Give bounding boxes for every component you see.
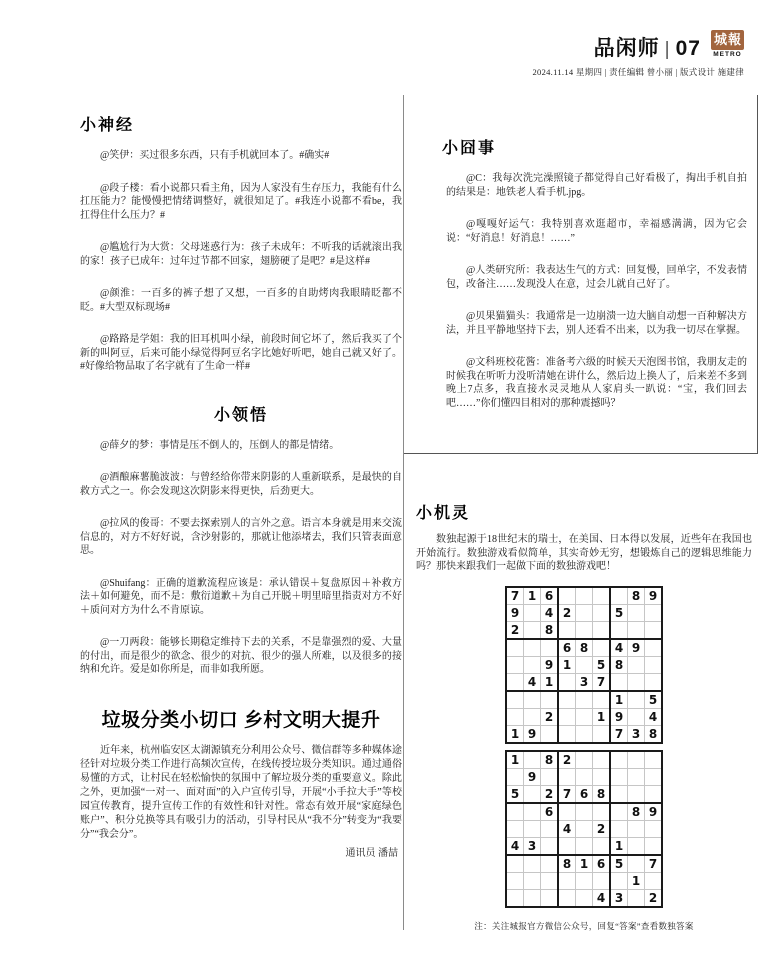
sudoku-cell bbox=[645, 604, 663, 621]
article-title: 垃圾分类小切口 乡村文明大提升 bbox=[80, 705, 402, 732]
sudoku-cell bbox=[645, 837, 663, 855]
sudoku-cell bbox=[506, 768, 524, 785]
sudoku-cell bbox=[506, 708, 524, 725]
sudoku-cell bbox=[628, 621, 645, 639]
sudoku-cell bbox=[576, 621, 593, 639]
sudoku-cell bbox=[558, 872, 576, 889]
sudoku-cell: 2 bbox=[558, 604, 576, 621]
sudoku-cell bbox=[506, 656, 524, 673]
right-top-section: 小囧事 @C：我每次洗完澡照镜子都觉得自己好看极了，掏出手机自拍的结果是：地铁老… bbox=[404, 95, 758, 454]
section-name: 品闲师 bbox=[594, 37, 660, 60]
sudoku-cell bbox=[558, 691, 576, 709]
sudoku-cell: 8 bbox=[610, 656, 628, 673]
masthead-title: 品闲师|07 bbox=[594, 30, 701, 62]
sudoku-cell bbox=[628, 751, 645, 769]
sudoku-cell bbox=[576, 872, 593, 889]
sudoku-cell: 4 bbox=[541, 604, 559, 621]
logo-char-1: 城 bbox=[714, 32, 727, 48]
sudoku-cell bbox=[506, 872, 524, 889]
sudoku-cell bbox=[506, 673, 524, 691]
sudoku-cell: 3 bbox=[524, 837, 541, 855]
sudoku-cell: 9 bbox=[506, 604, 524, 621]
sudoku-cell: 4 bbox=[610, 639, 628, 657]
post-item: @C：我每次洗完澡照镜子都觉得自己好看极了，掏出手机自拍的结果是：地铁老人看手机… bbox=[446, 172, 747, 199]
sudoku-cell bbox=[610, 587, 628, 605]
sudoku-cell: 4 bbox=[558, 820, 576, 837]
sudoku-cell bbox=[593, 751, 611, 769]
sudoku-cell: 9 bbox=[610, 708, 628, 725]
sudoku-cell bbox=[524, 872, 541, 889]
sudoku-cell: 1 bbox=[610, 837, 628, 855]
sudoku-cell bbox=[524, 855, 541, 873]
sudoku-cell bbox=[524, 820, 541, 837]
page-number: 07 bbox=[676, 37, 701, 60]
sudoku-cell: 9 bbox=[645, 587, 663, 605]
sudoku-cell: 2 bbox=[541, 708, 559, 725]
sudoku-cell bbox=[593, 604, 611, 621]
sudoku-cell: 2 bbox=[593, 820, 611, 837]
sudoku-cell: 1 bbox=[628, 872, 645, 889]
sudoku-cell bbox=[610, 751, 628, 769]
sudoku-cell bbox=[576, 837, 593, 855]
sudoku-cell: 8 bbox=[628, 587, 645, 605]
sudoku-cell: 3 bbox=[610, 889, 628, 907]
sudoku-cell bbox=[628, 656, 645, 673]
sudoku-cell bbox=[593, 837, 611, 855]
sudoku-cell bbox=[645, 751, 663, 769]
sudoku-cell: 9 bbox=[541, 656, 559, 673]
sudoku-cell bbox=[610, 768, 628, 785]
article-body: 近年来，杭州临安区太湖源镇充分利用公众号、微信群等多种媒体途径针对垃圾分类工作进… bbox=[80, 744, 402, 842]
sudoku-cell: 9 bbox=[645, 803, 663, 821]
sudoku-cell bbox=[628, 768, 645, 785]
sudoku-cell bbox=[628, 673, 645, 691]
right-bottom-section: 小机灵 数独起源于18世纪末的瑞士，在美国、日本得以发展，近些年在我国也开始流行… bbox=[404, 500, 758, 932]
post-item: @贝果猫猫头：我通常是一边崩溃一边大脑自动想一百种解决方法，并且平静地坚持下去，… bbox=[446, 310, 747, 337]
sudoku-cell bbox=[576, 725, 593, 743]
sudoku-cell bbox=[506, 639, 524, 657]
sudoku-cell bbox=[541, 889, 559, 907]
sudoku-cell bbox=[645, 768, 663, 785]
post-item: @Shuifang：正确的道歉流程应该是：承认错误＋复盘原因＋补救方法＋如何避免… bbox=[80, 577, 402, 618]
sudoku-cell bbox=[558, 889, 576, 907]
post-item: @路路是学姐：我的旧耳机叫小绿，前段时间它坏了，然后我买了个新的叫阿豆，后来可能… bbox=[80, 333, 402, 374]
sudoku-cell bbox=[541, 855, 559, 873]
sudoku-cell bbox=[645, 639, 663, 657]
sudoku-cell bbox=[593, 587, 611, 605]
post-item: @颜淮：一百多的裤子想了又想，一百多的自助烤肉我眼睛眨都不眨。#大型双标现场# bbox=[80, 287, 402, 314]
sudoku-cell bbox=[541, 725, 559, 743]
sudoku-cell bbox=[610, 621, 628, 639]
post-item: @拉风的俊哥：不要去探索别人的言外之意。语言本身就是用来交流信息的，对方不好好说… bbox=[80, 517, 402, 558]
sudoku-cell bbox=[558, 768, 576, 785]
sudoku-cell bbox=[541, 820, 559, 837]
sudoku-cell bbox=[576, 587, 593, 605]
post-item: @薛夕的梦：事情是压不倒人的，压倒人的都是情绪。 bbox=[80, 439, 402, 453]
sudoku-cell: 1 bbox=[506, 751, 524, 769]
sudoku-cell bbox=[610, 820, 628, 837]
sudoku-intro-text: 数独起源于18世纪末的瑞士，在美国、日本得以发展，近些年在我国也开始流行。数独游… bbox=[416, 533, 752, 574]
section-heading-xiaojiongshi: 小囧事 bbox=[442, 135, 747, 158]
post-item: @段子楼：看小说都只看主角，因为人家没有生存压力，我能有什么扛压能力？能慢慢把情… bbox=[80, 182, 402, 223]
sudoku-cell bbox=[558, 673, 576, 691]
sudoku-cell bbox=[610, 803, 628, 821]
sudoku-cell bbox=[593, 621, 611, 639]
sudoku-cell: 2 bbox=[506, 621, 524, 639]
sudoku-cell: 7 bbox=[610, 725, 628, 743]
sudoku-cell bbox=[645, 673, 663, 691]
sudoku-cell bbox=[558, 837, 576, 855]
sudoku-cell bbox=[645, 621, 663, 639]
sudoku-cell bbox=[541, 639, 559, 657]
sudoku-cell bbox=[576, 889, 593, 907]
sudoku-cell: 8 bbox=[628, 803, 645, 821]
sudoku-cell: 7 bbox=[506, 587, 524, 605]
post-item: @尴尬行为大赏：父母迷惑行为：孩子未成年：不听我的话就滚出我的家！孩子已成年：过… bbox=[80, 241, 402, 268]
sudoku-cell: 9 bbox=[628, 639, 645, 657]
sudoku-cell bbox=[558, 725, 576, 743]
sudoku-cell bbox=[593, 803, 611, 821]
sudoku-grid-1: 7168994252868499158413715219419738 bbox=[505, 586, 663, 744]
sudoku-cell: 8 bbox=[541, 621, 559, 639]
sudoku-cell bbox=[576, 803, 593, 821]
sudoku-cell: 8 bbox=[593, 785, 611, 803]
sudoku-cell: 3 bbox=[628, 725, 645, 743]
sudoku-cell: 1 bbox=[593, 708, 611, 725]
sudoku-cell bbox=[558, 621, 576, 639]
sudoku-cell: 2 bbox=[541, 785, 559, 803]
sudoku-cell: 1 bbox=[576, 855, 593, 873]
sudoku-cell bbox=[576, 751, 593, 769]
sudoku-cell bbox=[506, 820, 524, 837]
sudoku-cell bbox=[558, 803, 576, 821]
sudoku-cell: 2 bbox=[558, 751, 576, 769]
sudoku-cell: 8 bbox=[576, 639, 593, 657]
sudoku-answer-note: 注：关注城报官方微信公众号，回复“答案”查看数独答案 bbox=[416, 920, 752, 932]
sudoku-grid-2: 18295276868942431816571432 bbox=[505, 750, 663, 908]
post-item: @人类研究所：我表达生气的方式：回复慢，回单字，不发表情包，改备注……发现没人在… bbox=[446, 264, 747, 291]
sudoku-cell: 1 bbox=[610, 691, 628, 709]
sudoku-cell bbox=[541, 768, 559, 785]
left-column: 小神经 @笑伊：买过很多东西，只有手机就回本了。#确实# @段子楼：看小说都只看… bbox=[80, 112, 402, 859]
sudoku-cell bbox=[628, 604, 645, 621]
sudoku-cell bbox=[628, 785, 645, 803]
sudoku-cell bbox=[628, 837, 645, 855]
logo-char-2: 報 bbox=[728, 32, 741, 48]
sudoku-cell bbox=[645, 820, 663, 837]
sudoku-cell bbox=[506, 803, 524, 821]
sudoku-cell: 2 bbox=[645, 889, 663, 907]
sudoku-cell bbox=[524, 751, 541, 769]
sudoku-cell bbox=[610, 785, 628, 803]
metro-newspaper-logo: 城 報 METRO bbox=[711, 30, 744, 58]
sudoku-cell bbox=[593, 691, 611, 709]
sudoku-cell: 7 bbox=[558, 785, 576, 803]
sudoku-cell: 5 bbox=[610, 604, 628, 621]
sudoku-cell: 7 bbox=[645, 855, 663, 873]
sudoku-cell bbox=[628, 708, 645, 725]
sudoku-cell: 1 bbox=[558, 656, 576, 673]
sudoku-cell: 3 bbox=[576, 673, 593, 691]
sudoku-cell: 9 bbox=[524, 725, 541, 743]
sudoku-cell bbox=[593, 872, 611, 889]
sudoku-cell bbox=[610, 673, 628, 691]
sudoku-cell bbox=[576, 708, 593, 725]
sudoku-cell bbox=[524, 803, 541, 821]
sudoku-cell: 6 bbox=[541, 587, 559, 605]
post-item: @文科班校花酱：准备考六级的时候天天泡图书馆，我朋友走的时候我在听听力没听清她在… bbox=[446, 356, 747, 410]
sudoku-cell bbox=[593, 768, 611, 785]
sudoku-cell bbox=[506, 855, 524, 873]
sudoku-cell bbox=[576, 691, 593, 709]
sudoku-cell bbox=[628, 855, 645, 873]
section-heading-xiaolingwu: 小领悟 bbox=[80, 402, 402, 425]
sudoku-cell: 1 bbox=[524, 587, 541, 605]
newspaper-page: 品闲师|07 城 報 METRO 2024.11.14 星期四 | 责任编辑 曾… bbox=[0, 0, 768, 959]
sudoku-cell: 8 bbox=[645, 725, 663, 743]
sudoku-cell bbox=[524, 889, 541, 907]
sudoku-cell bbox=[593, 639, 611, 657]
sudoku-cell bbox=[541, 872, 559, 889]
sudoku-cell: 9 bbox=[524, 768, 541, 785]
article-byline: 通讯员 潘喆 bbox=[80, 844, 402, 859]
sudoku-cell: 4 bbox=[593, 889, 611, 907]
sudoku-cell bbox=[576, 820, 593, 837]
logo-subtitle: METRO bbox=[713, 51, 741, 58]
sudoku-cell bbox=[524, 785, 541, 803]
sudoku-cell bbox=[541, 691, 559, 709]
sudoku-cell bbox=[593, 725, 611, 743]
sudoku-cell bbox=[628, 691, 645, 709]
section-heading-xiaoshenjing: 小神经 bbox=[80, 112, 402, 135]
sudoku-cell bbox=[558, 708, 576, 725]
post-item: @酒酿麻薯脆波波：与曾经给你带来阴影的人重新联系，是最快的自救方式之一。你会发现… bbox=[80, 471, 402, 498]
sudoku-cell: 7 bbox=[593, 673, 611, 691]
sudoku-cell bbox=[524, 708, 541, 725]
sudoku-cell bbox=[524, 604, 541, 621]
sudoku-cell: 6 bbox=[558, 639, 576, 657]
sudoku-cell: 1 bbox=[506, 725, 524, 743]
sudoku-cell: 5 bbox=[645, 691, 663, 709]
sudoku-cell bbox=[610, 872, 628, 889]
sudoku-cell bbox=[645, 872, 663, 889]
sudoku-cell: 6 bbox=[576, 785, 593, 803]
news-article: 垃圾分类小切口 乡村文明大提升 近年来，杭州临安区太湖源镇充分利用公众号、微信群… bbox=[80, 705, 402, 859]
sudoku-cell: 4 bbox=[645, 708, 663, 725]
sudoku-cell: 4 bbox=[524, 673, 541, 691]
dateline: 2024.11.14 星期四 | 责任编辑 曾小丽 | 版式设计 施建律 bbox=[532, 66, 744, 78]
sudoku-cell bbox=[558, 587, 576, 605]
title-divider: | bbox=[660, 39, 676, 60]
sudoku-cell bbox=[645, 785, 663, 803]
sudoku-cell bbox=[541, 837, 559, 855]
sudoku-cell bbox=[524, 691, 541, 709]
sudoku-cell: 6 bbox=[593, 855, 611, 873]
sudoku-cell bbox=[645, 656, 663, 673]
post-item: @笑伊：买过很多东西，只有手机就回本了。#确实# bbox=[80, 149, 402, 163]
sudoku-cell bbox=[628, 820, 645, 837]
logo-box-icon: 城 報 bbox=[711, 30, 744, 50]
sudoku-cell: 5 bbox=[610, 855, 628, 873]
post-item: @一刀两段：能够长期稳定维持下去的关系，不是靠强烈的爱、大量的付出，而是很少的欲… bbox=[80, 636, 402, 677]
sudoku-cell bbox=[506, 889, 524, 907]
sudoku-cell bbox=[576, 768, 593, 785]
sudoku-cell bbox=[506, 691, 524, 709]
sudoku-cell: 6 bbox=[541, 803, 559, 821]
sudoku-cell: 8 bbox=[541, 751, 559, 769]
sudoku-cell bbox=[576, 604, 593, 621]
sudoku-cell: 5 bbox=[593, 656, 611, 673]
sudoku-cell bbox=[524, 621, 541, 639]
sudoku-cell: 5 bbox=[506, 785, 524, 803]
sudoku-cell bbox=[524, 639, 541, 657]
sudoku-cell bbox=[576, 656, 593, 673]
post-item: @嘎嘎好运气：我特别喜欢逛超市，幸福感满满，因为它会说：“好消息！好消息！……” bbox=[446, 218, 747, 245]
sudoku-cell: 1 bbox=[541, 673, 559, 691]
sudoku-cell bbox=[524, 656, 541, 673]
sudoku-cell bbox=[628, 889, 645, 907]
page-header: 品闲师|07 城 報 METRO 2024.11.14 星期四 | 责任编辑 曾… bbox=[532, 30, 744, 78]
sudoku-cell: 4 bbox=[506, 837, 524, 855]
section-heading-xiaojiling: 小机灵 bbox=[416, 500, 752, 523]
sudoku-cell: 8 bbox=[558, 855, 576, 873]
